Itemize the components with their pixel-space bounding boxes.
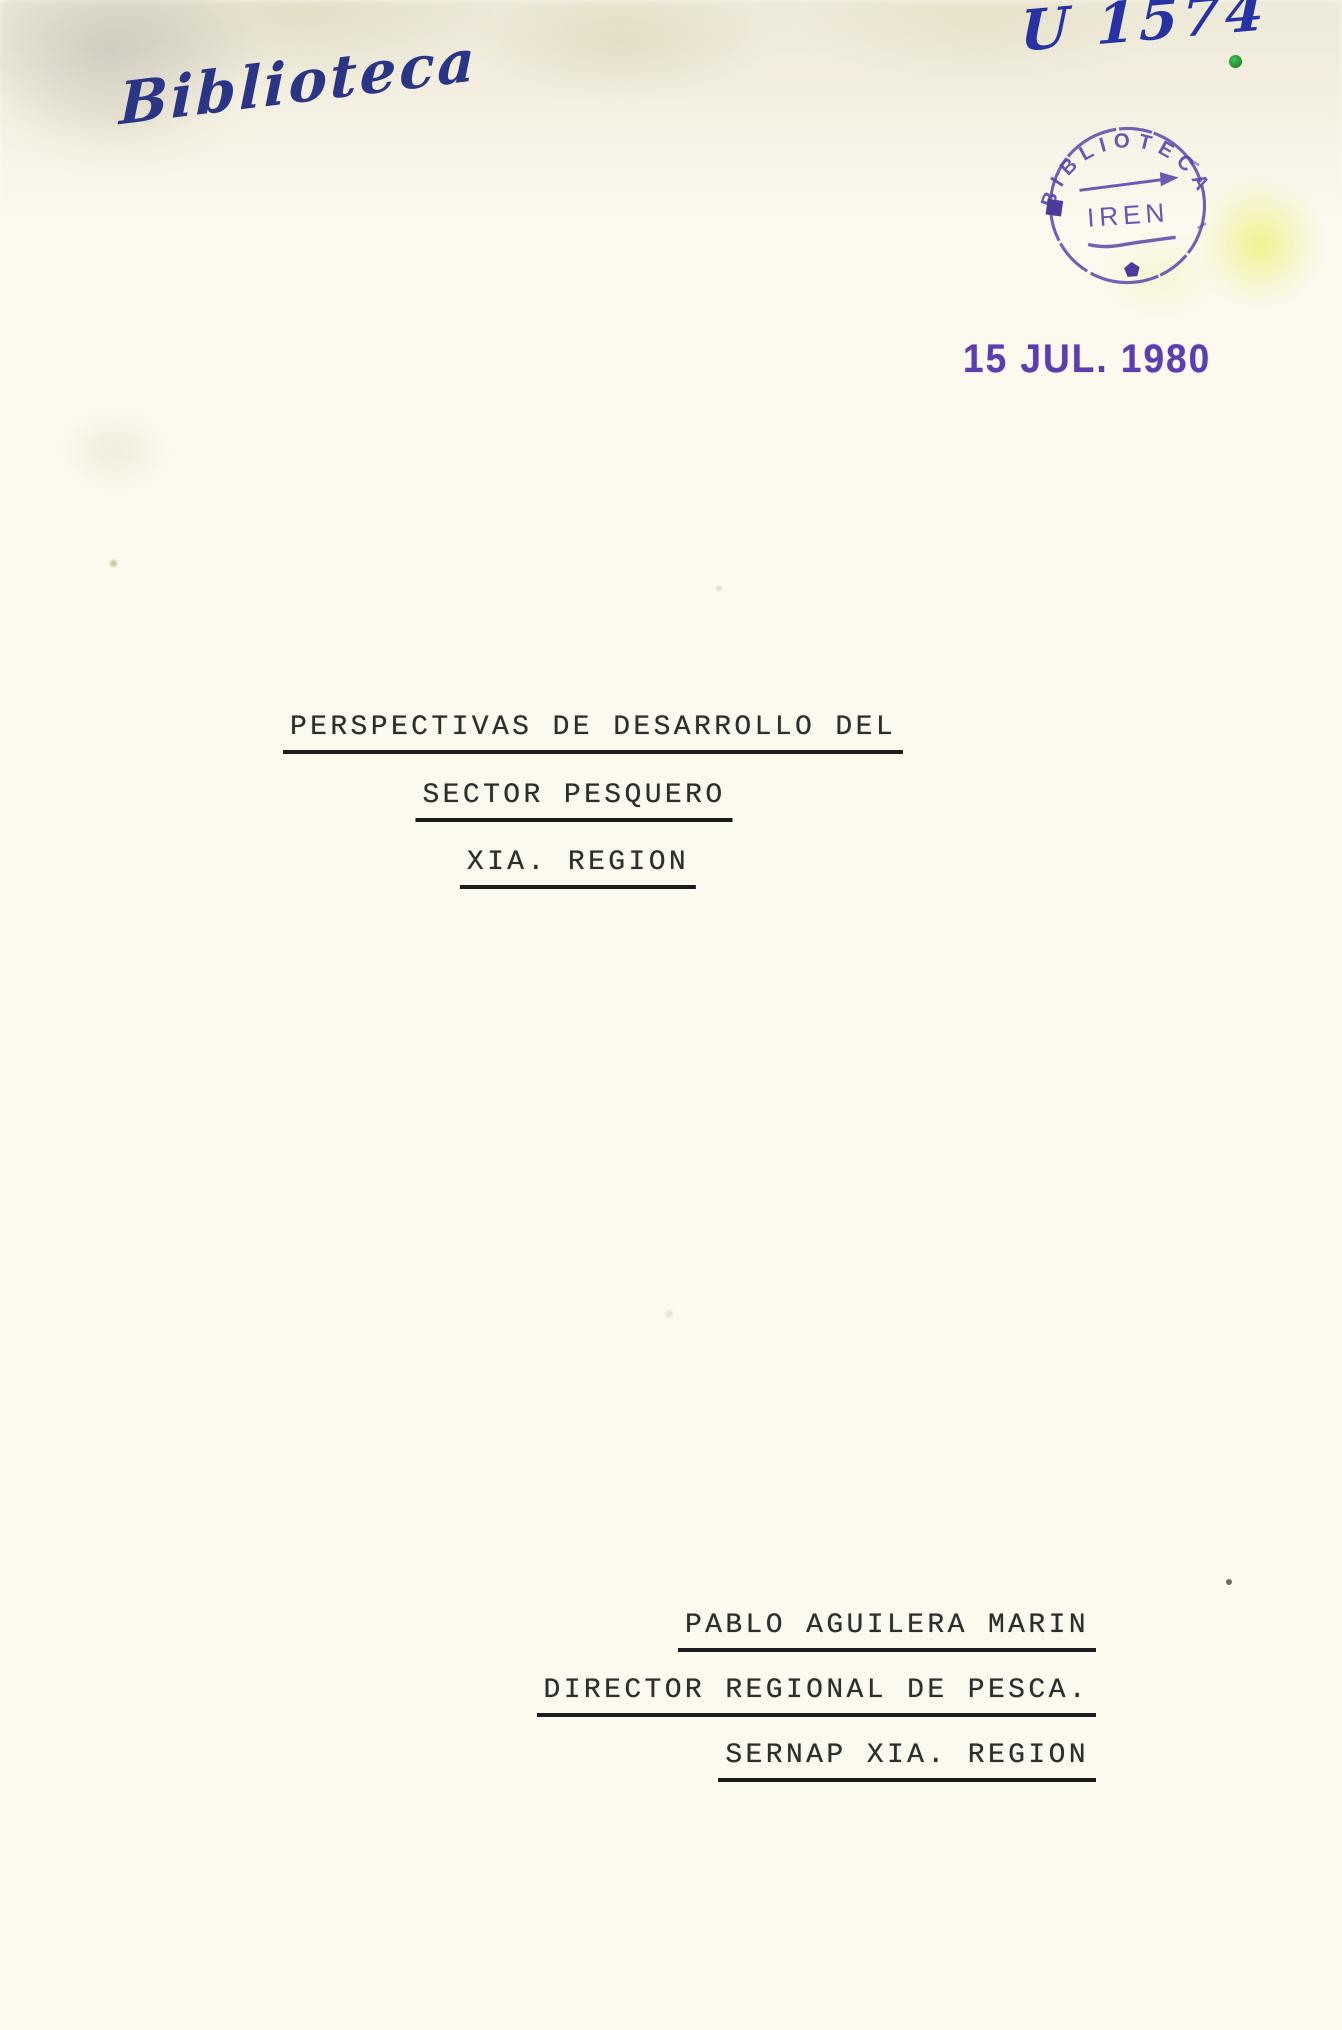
green-dot-mark bbox=[1229, 55, 1242, 68]
library-stamp-graphic: BIBLIOTECA IREN bbox=[1023, 101, 1231, 309]
beige-smudge bbox=[60, 410, 170, 490]
author-role-line: DIRECTOR REGIONAL DE PESCA. bbox=[537, 1677, 1096, 1717]
library-stamp: BIBLIOTECA IREN bbox=[1023, 101, 1231, 309]
paper-speck bbox=[110, 560, 117, 567]
author-name-line: PABLO AGUILERA MARIN bbox=[678, 1612, 1096, 1652]
paper-speck bbox=[716, 586, 722, 591]
star-icon bbox=[1124, 261, 1141, 277]
stamp-underline bbox=[1088, 237, 1176, 248]
stamp-smudge-icon bbox=[1046, 199, 1064, 217]
scanned-title-page: Biblioteca U 1574 BIBLIOTECA IREN bbox=[0, 0, 1342, 2030]
arrow-icon bbox=[1079, 172, 1178, 192]
date-stamp: 15 JUL. 1980 bbox=[963, 336, 1211, 381]
title-line-1: PERSPECTIVAS DE DESARROLLO DEL bbox=[283, 714, 903, 754]
title-line-2: SECTOR PESQUERO bbox=[415, 782, 732, 822]
author-org-line: SERNAP XIA. REGION bbox=[718, 1742, 1096, 1782]
stamp-center-text: IREN bbox=[1086, 197, 1170, 233]
stamp-ring-text: BIBLIOTECA bbox=[1032, 123, 1218, 212]
title-line-3: XIA. REGION bbox=[460, 849, 696, 889]
ink-speck bbox=[1226, 1579, 1232, 1585]
paper-speck bbox=[665, 1310, 673, 1318]
